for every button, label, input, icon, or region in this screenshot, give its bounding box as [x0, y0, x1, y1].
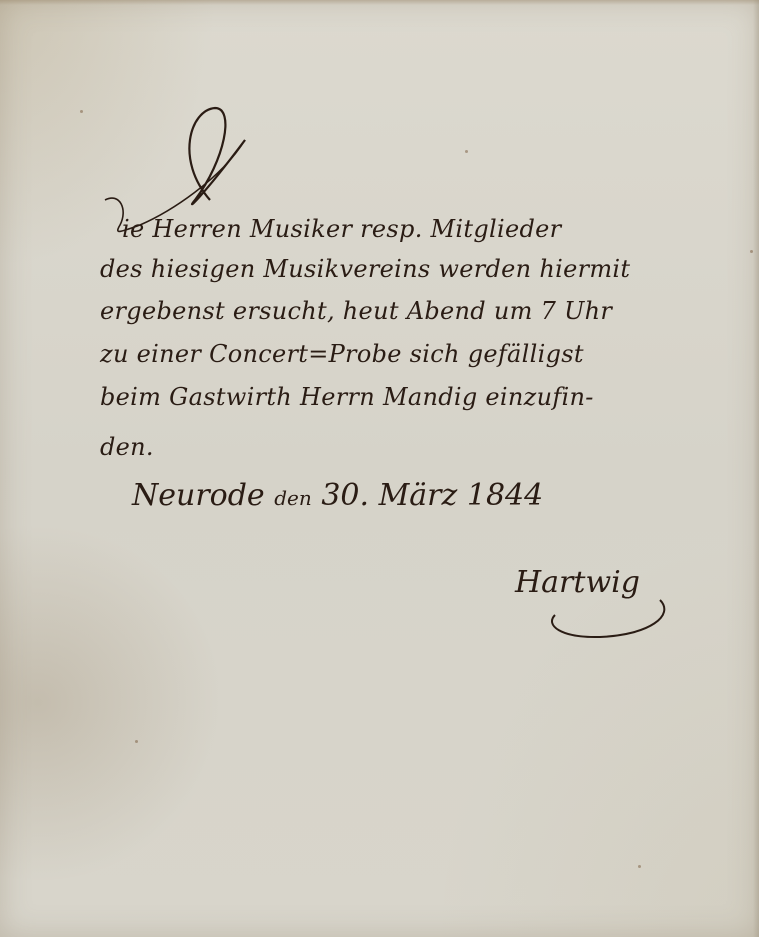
body-line-4: zu einer Concert=Probe sich gefälligst — [100, 342, 584, 366]
paper-speck — [135, 740, 138, 743]
paper-speck — [638, 865, 641, 868]
dateline-connector: den — [274, 486, 312, 510]
body-line-1: ie Herren Musiker resp. Mitglieder — [122, 217, 561, 241]
dateline-place: Neurode — [132, 478, 265, 513]
paper-speck — [465, 150, 468, 153]
paper-edge-top — [0, 0, 759, 5]
letter-page: ie Herren Musiker resp. Mitglieder des h… — [0, 0, 759, 937]
paper-speck — [750, 250, 753, 253]
dateline-day: 30. — [321, 478, 369, 513]
body-line-5: beim Gastwirth Herrn Mandig einzufin- — [100, 385, 594, 409]
dateline: Neurode den 30. März 1844 — [132, 478, 543, 513]
body-line-2: des hiesigen Musikvereins werden hiermit — [100, 257, 630, 281]
dateline-month: März — [379, 478, 458, 513]
paper-speck — [80, 110, 83, 113]
dateline-year: 1844 — [467, 478, 543, 513]
paper-edge-right — [753, 0, 759, 937]
signature-flourish — [540, 585, 680, 645]
body-line-3: ergebenst ersucht, heut Abend um 7 Uhr — [100, 299, 612, 323]
body-line-6: den. — [100, 435, 154, 459]
